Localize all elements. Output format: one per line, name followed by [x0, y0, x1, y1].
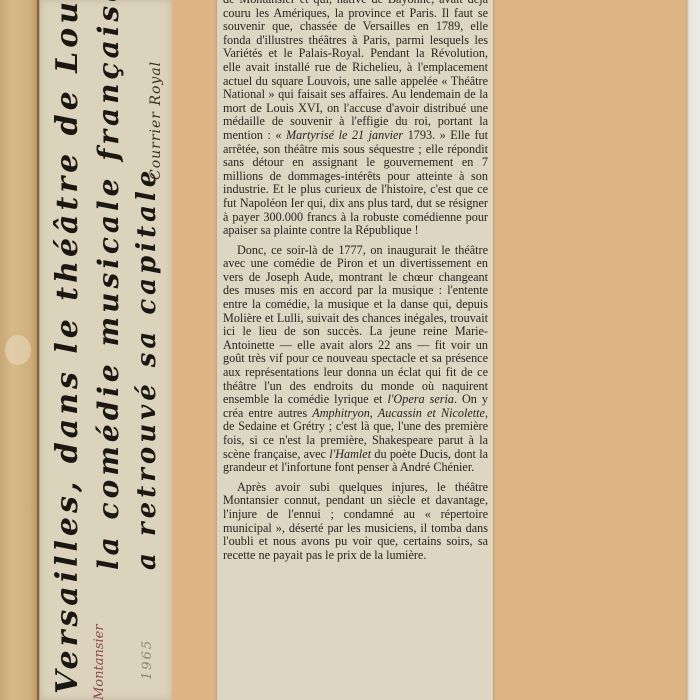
article-text: de Montansier et qui, native de Bayonne,…	[223, 0, 488, 142]
headline-clipping: Versailles, dans le théâtre de Louis XV …	[40, 0, 172, 700]
headline-rotated-block: Versailles, dans le théâtre de Louis XV …	[40, 0, 172, 700]
article-clipping: de Montansier et qui, native de Bayonne,…	[217, 0, 493, 700]
headline-line-2: la comédie musicale française	[92, 0, 125, 570]
handwritten-source-note: Courrier Royal	[148, 61, 164, 180]
article-italic-text: l'Hamlet	[329, 447, 371, 461]
album-page-edge-right	[686, 0, 700, 700]
article-body: de Montansier et qui, native de Bayonne,…	[217, 0, 493, 562]
handwritten-note-red: Montansier	[92, 624, 107, 700]
article-italic-text: Martyrisé le 21 janvier	[286, 128, 403, 142]
headline-line-1: Versailles, dans le théâtre de Louis XV	[50, 0, 85, 694]
article-italic-text: Amphitryon, Aucassin et Nicolette	[312, 406, 485, 420]
article-paragraph-1: de Montansier et qui, native de Bayonne,…	[223, 0, 488, 238]
article-text: Donc, ce soir-là de 1777, on inaugurait …	[223, 243, 488, 407]
article-paragraph-3: Après avoir subi quelques injures, le th…	[223, 481, 488, 563]
paper-stain	[5, 335, 31, 365]
article-text: 1793. » Elle fut arrêtée, son théâtre mi…	[223, 128, 488, 237]
handwritten-note-pencil: 1965	[140, 639, 155, 680]
article-paragraph-2: Donc, ce soir-là de 1777, on inaugurait …	[223, 244, 488, 475]
headline-line-3: a retrouvé sa capitale	[132, 167, 162, 570]
article-italic-text: l'Opera seria	[387, 392, 454, 406]
